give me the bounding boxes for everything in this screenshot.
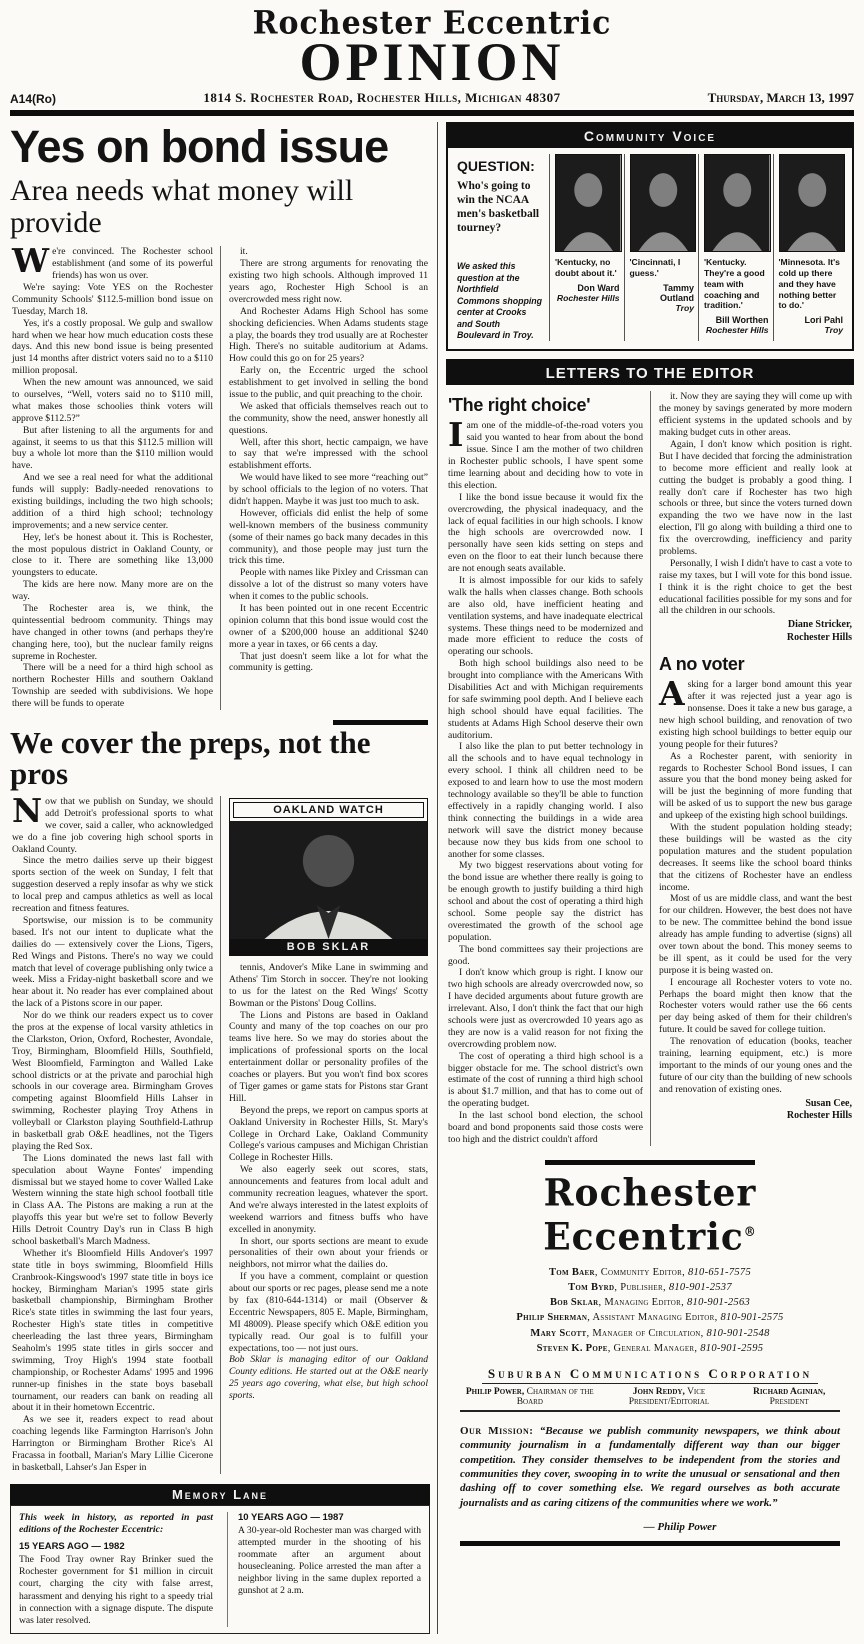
person-name: Bill Worthen	[704, 315, 769, 325]
community-voice-person: 'Cincinnati, I guess.' Tammy Outland Tro…	[624, 154, 699, 341]
person-quote: 'Minnesota. It's cold up there and they …	[779, 257, 844, 311]
paragraph: The Rochester area is, we think, the qui…	[12, 603, 213, 662]
paragraph: However, officials did enlist the help o…	[229, 508, 428, 567]
mission-label: Our Mission:	[460, 1425, 533, 1437]
paragraph: And we see a real need for what the addi…	[12, 472, 213, 531]
staff-name: Bob Sklar	[550, 1297, 599, 1308]
staff-role: Managing Editor	[604, 1297, 681, 1308]
officer: Philip Power, Chairman of the Board	[460, 1387, 600, 1407]
person-city: Rochester Hills	[704, 325, 769, 335]
person-silhouette	[704, 154, 771, 252]
paragraph: I like the bond issue because it would f…	[448, 492, 643, 575]
signature-city: Rochester Hills	[659, 1110, 852, 1123]
paragraph: Sportswise, our mission is to be communi…	[12, 915, 213, 1010]
officer-role: President	[770, 1397, 809, 1407]
letter2-lead-paragraph: Asking for a larger bond amount this yea…	[659, 679, 852, 750]
paragraph: In the last school bond election, the sc…	[448, 1110, 643, 1146]
masthead-name: Rochester Eccentric	[543, 1171, 756, 1259]
community-voice-title: Community Voice	[448, 124, 852, 148]
paragraph: Hey, let's be honest about it. This is R…	[12, 532, 213, 580]
paragraph: Nor do we think our readers expect us to…	[12, 1010, 213, 1153]
officer-role: Chairman of the Board	[517, 1387, 594, 1407]
paragraph: People with names like Pixley and Crissm…	[229, 567, 428, 603]
paragraph: When the new amount was announced, we sa…	[12, 377, 213, 425]
paragraph: As we see it, readers expect to read abo…	[12, 1414, 213, 1473]
staff-line: Mary Scott, Manager of Circulation, 810-…	[460, 1326, 840, 1341]
letter2-signature: Susan Cee, Rochester Hills	[659, 1098, 852, 1123]
bob-sklar-portrait	[230, 821, 427, 939]
letters-column-2: it. Now they are saying they will come u…	[650, 391, 854, 1145]
paragraph: But after listening to all the arguments…	[12, 425, 213, 473]
preps-column-1: Now that we publish on Sunday, we should…	[10, 796, 220, 1474]
person-quote: 'Cincinnati, I guess.'	[630, 257, 695, 278]
paragraph: I encourage all Rochester voters to vote…	[659, 977, 852, 1036]
editorial-article: Yes on bond issue Area needs what money …	[10, 124, 430, 710]
staff-name: Steven K. Pope	[537, 1343, 608, 1354]
staff-role: General Manager	[614, 1343, 695, 1354]
letter1-paragraphs-2: it. Now they are saying they will come u…	[659, 391, 852, 617]
memory-lane-box: This week in history, as reported in pas…	[10, 1505, 430, 1634]
officer: John Reddy, Vice President/Editorial	[600, 1387, 739, 1407]
person-city: Troy	[779, 325, 844, 335]
staff-line: Tom Baer, Community Editor, 810-651-7575	[460, 1265, 840, 1280]
paragraph: tennis, Andover's Mike Lane in swimming …	[229, 962, 428, 1010]
headshot-photo	[704, 154, 769, 252]
editorial-headline: Yes on bond issue	[10, 124, 430, 169]
staff-phone: 810-901-2548	[707, 1328, 770, 1339]
officer-name: Philip Power,	[466, 1387, 524, 1397]
question-text: Who's going to win the NCAA men's basket…	[457, 180, 543, 235]
person-name: Lori Pahl	[779, 315, 844, 325]
officer: Richard Aginian, President	[738, 1387, 840, 1407]
headshot-photo	[555, 154, 620, 252]
paragraph-text: am one of the middle-of-the-road voters …	[448, 420, 643, 490]
paragraph: Yes, it's a costly proposal. We gulp and…	[12, 318, 213, 377]
paragraph: Personally, I wish I didn't have to cast…	[659, 558, 852, 617]
staff-role: Community Editor	[601, 1267, 682, 1278]
mission-statement: Our Mission: “Because we publish communi…	[460, 1424, 840, 1510]
memory-lane-column-1: This week in history, as reported in pas…	[19, 1512, 213, 1627]
newspaper-masthead: Rochester Eccentric	[10, 5, 854, 42]
question-note: We asked this question at the Northfield…	[457, 261, 543, 341]
person-city: Troy	[630, 303, 695, 313]
page-label: A14(Ro)	[10, 92, 130, 106]
bottom-rule	[460, 1541, 840, 1546]
staff-phone: 810-901-2575	[720, 1312, 783, 1323]
masthead-box-title: Rochester Eccentric®	[460, 1171, 840, 1259]
letters-column-1: 'The right choice' Iam one of the middle…	[446, 391, 650, 1145]
preps-article: We cover the preps, not the pros Now tha…	[10, 720, 430, 1474]
staff-phone: 810-901-2595	[700, 1343, 763, 1354]
staff-name: Philip Sherman	[516, 1312, 587, 1323]
community-voice-question-column: QUESTION: Who's going to win the NCAA me…	[453, 154, 549, 341]
editorial-lead-paragraph: We're convinced. The Rochester school es…	[12, 246, 213, 282]
newspaper-page: Rochester Eccentric OPINION A14(Ro) 1814…	[0, 0, 864, 1644]
person-name: Don Ward	[555, 283, 620, 293]
dateline: Thursday, March 13, 1997	[634, 90, 854, 106]
paragraph: We're saying: Vote YES on the Rochester …	[12, 282, 213, 318]
editorial-paragraphs-1: We're saying: Vote YES on the Rochester …	[12, 282, 213, 710]
letter1-paragraphs-1: I like the bond issue because it would f…	[448, 492, 643, 1146]
paragraph: I don't know which group is right. I kno…	[448, 967, 643, 1050]
memory-lane-section: Memory Lane This week in history, as rep…	[10, 1484, 430, 1634]
paragraph: It has been pointed out in one recent Ec…	[229, 603, 428, 651]
memory-item-text: The Food Tray owner Ray Brinker sued the…	[19, 1554, 213, 1626]
staff-name: Mary Scott	[530, 1328, 586, 1339]
paragraph: And Rochester Adams High School has some…	[229, 306, 428, 365]
paragraph: I also like the plan to put better techn…	[448, 741, 643, 860]
paragraph: With the student population holding stea…	[659, 822, 852, 893]
preps-lead-paragraph: Now that we publish on Sunday, we should…	[12, 796, 213, 855]
memory-item-text: A 30-year-old Rochester man was charged …	[238, 1525, 421, 1597]
paragraph: If you have a comment, complaint or ques…	[229, 1271, 428, 1354]
paragraph: There are strong arguments for renovatin…	[229, 258, 428, 306]
letter2-heading: A no voter	[659, 654, 852, 675]
memory-item-heading: 10 YEARS AGO — 1987	[238, 1512, 421, 1523]
memory-lane-column-2: 10 YEARS AGO — 1987 A 30-year-old Roches…	[227, 1512, 421, 1627]
staff-list: Tom Baer, Community Editor, 810-651-7575…	[460, 1265, 840, 1356]
oakland-watch-box: OAKLAND WATCH Bob Sklar	[229, 798, 428, 956]
staff-phone: 810-901-2537	[669, 1282, 732, 1293]
preps-headline: We cover the preps, not the pros	[10, 727, 430, 789]
paragraph: it. Now they are saying they will come u…	[659, 391, 852, 439]
signature-name: Diane Stricker,	[659, 619, 852, 632]
person-name: Tammy Outland	[630, 283, 695, 303]
staff-role: Assistant Managing Editor	[593, 1312, 715, 1323]
editorial-paragraphs-2: it.There are strong arguments for renova…	[229, 246, 428, 674]
paragraph: The Lions and Pistons are based in Oakla…	[229, 1010, 428, 1105]
staff-name: Tom Byrd	[568, 1282, 614, 1293]
letter1-heading: 'The right choice'	[448, 395, 643, 416]
paragraph: Most of us are middle class, and want th…	[659, 893, 852, 976]
registered-mark: ®	[744, 1224, 757, 1239]
person-city: Rochester Hills	[555, 293, 620, 303]
officers-row: Philip Power, Chairman of the Board John…	[460, 1387, 840, 1412]
columnist-footnote: Bob Sklar is managing editor of our Oakl…	[229, 1354, 428, 1402]
paragraph: Since the metro dailies serve up their b…	[12, 855, 213, 914]
headshot-photo	[630, 154, 695, 252]
editorial-subheadline: Area needs what money will provide	[10, 175, 430, 238]
staff-line: Bob Sklar, Managing Editor, 810-901-2563	[460, 1295, 840, 1310]
paragraph: We would have liked to see more “reachin…	[229, 472, 428, 508]
mission-text: “Because we publish community newspapers…	[460, 1425, 840, 1508]
person-silhouette	[630, 154, 697, 252]
letter1-lead-paragraph: Iam one of the middle-of-the-road voters…	[448, 420, 643, 491]
letters-section-header: LETTERS TO THE EDITOR	[446, 359, 854, 385]
paragraph: That just doesn't seem like a lot for wh…	[229, 651, 428, 675]
paragraph: We also eagerly seek out scores, stats, …	[229, 1164, 428, 1235]
person-quote: 'Kentucky, no doubt about it.'	[555, 257, 620, 278]
staff-role: Manager of Circulation	[592, 1328, 700, 1339]
paragraph: it.	[229, 246, 428, 258]
community-voice-person: 'Kentucky, no doubt about it.' Don Ward …	[549, 154, 624, 341]
columnist-photo	[230, 821, 427, 939]
preps-column-2: OAKLAND WATCH Bob Sklar	[220, 796, 430, 1474]
drop-cap: N	[12, 796, 45, 824]
masthead-staff-box: Rochester Eccentric® Tom Baer, Community…	[446, 1160, 854, 1546]
paragraph: In short, our sports sections are meant …	[229, 1236, 428, 1272]
paragraph-text: e're convinced. The Rochester school est…	[52, 246, 213, 281]
columnist-name-caption: Bob Sklar	[230, 939, 427, 955]
memory-item-heading: 15 YEARS AGO — 1982	[19, 1541, 213, 1552]
paragraph: We asked that officials themselves reach…	[229, 401, 428, 437]
preps-paragraphs-1: Since the metro dailies serve up their b…	[12, 855, 213, 1473]
paragraph: The bond committees say their projection…	[448, 944, 643, 968]
question-label: QUESTION:	[457, 158, 543, 174]
letter1-signature: Diane Stricker, Rochester Hills	[659, 619, 852, 644]
staff-phone: 810-901-2563	[687, 1297, 750, 1308]
header-info-row: A14(Ro) 1814 S. Rochester Road, Rocheste…	[10, 90, 854, 106]
officer-name: John Reddy,	[633, 1387, 685, 1397]
paragraph: Again, I don't know which position is ri…	[659, 439, 852, 558]
drop-cap: W	[12, 246, 52, 274]
paragraph: The cost of operating a third high schoo…	[448, 1051, 643, 1110]
newspaper-address: 1814 S. Rochester Road, Rochester Hills,…	[130, 90, 634, 106]
person-quote: 'Kentucky. They're a good team with coac…	[704, 257, 769, 311]
masthead-top-bar	[545, 1160, 755, 1165]
letter2-paragraphs: As a Rochester parent, with seniority in…	[659, 751, 852, 1096]
drop-cap: A	[659, 679, 688, 707]
editorial-column-2: it.There are strong arguments for renova…	[220, 246, 430, 710]
paragraph: As a Rochester parent, with seniority in…	[659, 751, 852, 822]
person-silhouette	[779, 154, 846, 252]
staff-phone: 810-651-7575	[688, 1267, 751, 1278]
staff-line: Steven K. Pope, General Manager, 810-901…	[460, 1341, 840, 1356]
community-voice-person: 'Minnesota. It's cold up there and they …	[773, 154, 848, 341]
headshot-photo	[779, 154, 844, 252]
paragraph: It is almost impossible for our kids to …	[448, 575, 643, 658]
section-title: OPINION	[10, 37, 854, 88]
paragraph: Beyond the preps, we report on campus sp…	[229, 1105, 428, 1164]
signature-city: Rochester Hills	[659, 632, 852, 645]
right-column-region: Community Voice QUESTION: Who's going to…	[446, 122, 854, 1633]
staff-line: Philip Sherman, Assistant Managing Edito…	[460, 1310, 840, 1325]
header-rule	[10, 110, 854, 116]
paragraph: The renovation of education (books, teac…	[659, 1036, 852, 1095]
paragraph: Early on, the Eccentric urged the school…	[229, 365, 428, 401]
officer-name: Richard Aginian,	[753, 1387, 825, 1397]
oakland-watch-title: OAKLAND WATCH	[233, 802, 424, 818]
preps-paragraphs-2: tennis, Andover's Mike Lane in swimming …	[229, 962, 428, 1354]
memory-lane-header-bar: Memory Lane	[10, 1484, 430, 1505]
signature-name: Susan Cee,	[659, 1098, 852, 1111]
staff-name: Tom Baer	[549, 1267, 595, 1278]
company-name: Suburban Communications Corporation	[482, 1366, 818, 1384]
paragraph: Whether it's Bloomfield Hills Andover's …	[12, 1248, 213, 1414]
staff-role: Publisher	[620, 1282, 663, 1293]
staff-line: Tom Byrd, Publisher, 810-901-2537	[460, 1280, 840, 1295]
person-silhouette	[555, 154, 622, 252]
paragraph: My two biggest reservations about voting…	[448, 860, 643, 943]
left-column-region: Yes on bond issue Area needs what money …	[10, 122, 438, 1633]
editorial-column-1: We're convinced. The Rochester school es…	[10, 246, 220, 710]
paragraph-text: sking for a larger bond amount this year…	[659, 679, 852, 749]
community-voice-box: Community Voice QUESTION: Who's going to…	[446, 122, 854, 351]
paragraph: The kids are here now. Many more are on …	[12, 579, 213, 603]
paragraph: Well, after this short, hectic campaign,…	[229, 437, 428, 473]
paragraph: Both high school buildings also need to …	[448, 658, 643, 741]
community-voice-person: 'Kentucky. They're a good team with coac…	[698, 154, 773, 341]
paragraph: The Lions dominated the news last fall w…	[12, 1153, 213, 1248]
drop-cap: I	[448, 420, 466, 448]
paragraph: There will be a need for a third high sc…	[12, 662, 213, 710]
memory-lane-intro: This week in history, as reported in pas…	[19, 1512, 213, 1536]
mission-attribution: — Philip Power	[580, 1521, 780, 1533]
